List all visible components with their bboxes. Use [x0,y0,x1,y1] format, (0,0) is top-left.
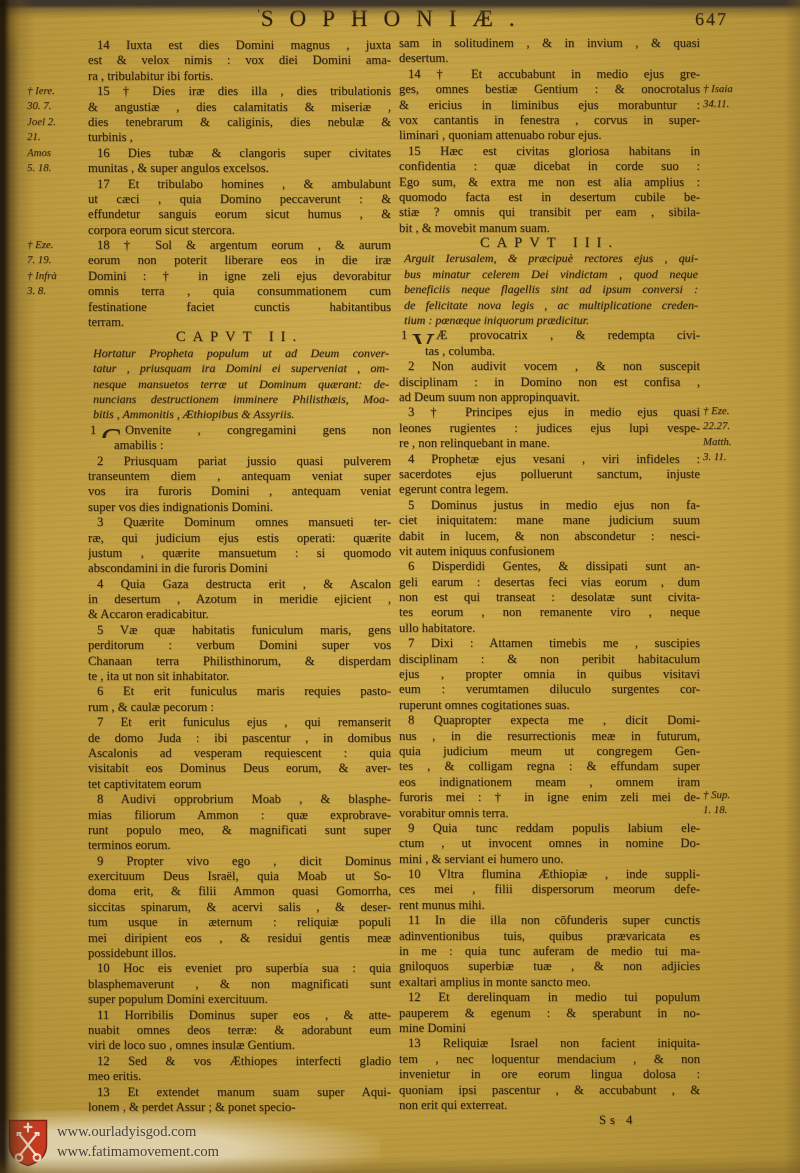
page-number: 647 [695,9,728,30]
verse-line: & angustiæ , dies calamitatis & miseriæ … [88,100,391,115]
verse-line: liminari , quoniam attenuabo robur ejus. [399,128,700,143]
verse-line: geli earum : desertas feci vias eorum , … [399,575,700,590]
verse-line: siccitas spinarum, & acervi salis , & de… [88,900,391,915]
verse-line: bit , & movebit manum suam. [399,221,700,236]
verse-line: in desertum , Azotum in meridie ejicient… [88,592,391,607]
signature-mark: Ss 4 [399,1113,700,1128]
verse-line: gniloquos superbiæ tuæ , & non adjicies [399,959,700,974]
verse-line: vos ira furoris Domini , antequam veniat [88,484,391,499]
verse-line: tes eorum , non remanente viro , neque [399,605,700,620]
verse-line-dropcap: 1COnvenite , congregamini gens non [88,423,391,438]
verse-line: viri de loco suo , omnes insulæ Gentium. [88,1038,391,1053]
verse-line: 4 Quia Gaza destructa erit , & Ascalon [88,577,391,592]
margin-note-group: † Eze.22.27.Matth.3. 11. [703,404,795,466]
chapter-argument-line: tium : pœnæque iniquorum prædicitur. [399,313,700,328]
verse-line: rum , & caulæ pecorum : [88,700,391,715]
verse-line: 8 Quapropter expecta me , dicit Domi- [399,713,700,728]
verse-line: terminos eorum. [88,838,391,853]
verse-line: 14 Iuxta est dies Domini magnus , juxta [88,38,391,53]
verse-line: non erit qui exterreat. [399,1098,700,1113]
chapter-argument-line: bitis , Ammonitis , Æthiopibus & Assyrii… [88,407,391,422]
verse-line: non est qui transeat : desolatæ sunt civ… [399,590,700,605]
verse-line: possidebunt illos. [88,946,391,961]
verse-line: mini , & serviant ei humero uno. [399,852,700,867]
verse-line: est & velox nimis : vox diei Domini ama- [88,53,391,68]
margin-note-line: † Isaia [703,82,795,97]
text-column-left: 14 Iuxta est dies Domini magnus , juxtae… [88,38,391,1115]
margin-note-group: † Isaia34.11. [703,82,795,113]
crossed-keys-shield-icon [8,1119,48,1167]
verse-line: Chanaan terra Philisthinorum, & disperda… [88,654,391,669]
margin-note-line: † Sup. [703,788,795,803]
verse-line: desertum. [399,51,700,66]
verse-line: Ascalonis ad vesperam requiescent : quia [88,746,391,761]
verse-line: tem , nec loquentur mendacium , & non [399,1052,700,1067]
verse-line: confidentia : quæ dicebat in corde suo : [399,159,700,174]
verse-line: disciplinam : in Domino non est confisa … [399,375,700,390]
page-edge-right [784,0,800,1173]
verse-line: festinatione faciet cunctis habitantibus [88,300,391,315]
margin-note-line: Amos [27,146,85,161]
verse-line: 5 Væ quæ habitatis funiculum maris, gens [88,623,391,638]
verse-line: stiæ ? omnis qui transibit per eam , sib… [399,205,700,220]
verse-line: 14 † Et accubabunt in medio ejus gre- [399,67,700,82]
verse-line: Domini : † in igne zeli ejus devorabitur [88,269,391,284]
verse-line: dies tenebrarum & caliginis, dies nebulæ… [88,115,391,130]
chapter-argument-line: nuncians destructionem imminere Philisth… [88,392,391,407]
verse-line: te , ita ut non sit inhabitator. [88,669,391,684]
verse-line: super vos dies indignationis Domini. [88,500,391,515]
verse-line: rent munus mihi. [399,898,700,913]
verse-line: abscondamini in die furoris Domini [88,561,391,576]
verse-line: 17 Et tribulabo homines , & ambulabunt [88,177,391,192]
verse-line-dropcap: 1VÆ provocatrix , & redempta civi- [399,328,700,343]
verse-line: ra , tribulabitur ibi fortis. [88,69,391,84]
running-head: 'SOPHONIÆ. [88,6,700,32]
verse-line: 10 Hoc eis eveniet pro superbia sua : qu… [88,961,391,976]
margin-note-line: Matth. [703,435,795,450]
verse-line: meo eritis. [88,1069,391,1084]
verse-line: & Accaron eradicabitur. [88,607,391,622]
verse-line: terram. [88,315,391,330]
verse-line: turbinis , [88,130,391,145]
verse-line: 6 Et erit funiculus maris requies pasto- [88,684,391,699]
verse-line: leones rugientes : judices ejus lupi ves… [399,421,700,436]
verse-line: 3 Quærite Dominum omnes mansueti ter- [88,515,391,530]
verse-text: Æ provocatrix , & redempta civi- [436,328,700,342]
verse-line: in me : quia tunc auferam de medio tui m… [399,944,700,959]
verse-line: 5 Dominus justus in medio ejus non fa- [399,498,700,513]
verse-line: 6 Disperdidi Gentes, & dissipati sunt an… [399,559,700,574]
verse-line: 15 Hæc est civitas gloriosa habitans in [399,144,700,159]
verse-line: adinventionibus tuis, quibus prævaricata… [399,929,700,944]
verse-line: & ericius in liminibus ejus morabuntur : [399,98,700,113]
verse-line: nuabit omnes deos terræ: & adorabunt eum [88,1023,391,1038]
margin-note-line: 3. 11. [703,450,795,465]
margin-note-line: 34.11. [703,97,795,112]
chapter-heading: CAPVT III. [399,236,700,251]
chapter-argument-line: nesque mansuetos terræ ut Dominum quæran… [88,377,391,392]
margin-note-line: 22.27. [703,419,795,434]
verse-text: Onvenite , congregamini gens non [125,423,391,437]
margin-note-line: Joel 2. [27,115,85,130]
margin-note-group: † Sup.1. 18. [703,788,795,819]
verse-line: dabit in lucem, & non abscondetur : nesc… [399,529,700,544]
verse-line: ad Deum suum non appropinquavit. [399,390,700,405]
verse-line: tet captivitatem eorum [88,777,391,792]
verse-line: exercituum Deus Israël, quia Moab ut So- [88,869,391,884]
verse-line: quia judicium meum ut congregem Gen- [399,744,700,759]
verse-line: sam in solitudinem , & in invium , & qua… [399,36,700,51]
verse-line: re , non relinquebant in mane. [399,436,700,451]
running-head-title: SOPHONIÆ. [261,6,531,31]
verse-line: 3 † Principes ejus in medio ejus quasi [399,405,700,420]
margin-note-line: † Eze. [27,238,85,253]
verse-line: mine Domini [399,1021,700,1036]
verse-line: ut cæci , quia Domino peccaverunt : & [88,192,391,207]
verse-line: 12 Sed & vos Æthiopes interfecti gladio [88,1054,391,1069]
verse-line: 2 Non audivit vocem , & non suscepit [399,359,700,374]
verse-line: eum : verumtamen diluculo surgentes cor- [399,682,700,697]
verse-line: de domo Juda : ibi pascentur , in domibu… [88,731,391,746]
verse-number: 1 [401,328,407,343]
watermark-urls: www.ourladyisgod.com www.fatimamovement.… [57,1119,219,1162]
verse-line: 13 Reliquiæ Israel non facient iniquita- [399,1036,700,1051]
verse-line: tum usque in æternum : reliquiæ populi [88,915,391,930]
verse-line: amabilis : [88,438,391,453]
verse-line: eorum non poterit liberare eos in die ir… [88,253,391,268]
chapter-argument-line: bus minatur celerem Dei vindictam , quod… [399,267,700,282]
verse-line: munitas , & super angulos excelsos. [88,161,391,176]
chapter-heading: CAPVT II. [88,330,391,345]
watermark: www.ourladyisgod.com www.fatimamovement.… [8,1119,219,1167]
verse-line: runt populo meo, & magnificati sunt supe… [88,823,391,838]
verse-line: mei diripient eos , & residui gentis meæ [88,931,391,946]
verse-line: effundetur sanguis eorum sicut humus , & [88,207,391,222]
verse-line: quoniam ipsi pascentur , & accubabunt , … [399,1083,700,1098]
verse-line: ciet iniquitatem: mane mane judicium suu… [399,513,700,528]
verse-line: tes , & colligam regna : & effundam supe… [399,759,700,774]
margin-note-line: 5. 18. [27,161,85,176]
verse-line: 15 † Dies iræ dies illa , dies tribulati… [88,84,391,99]
verse-line: quomodo facta est in desertum cubile be- [399,190,700,205]
verse-line: furoris mei : † in igne enim zeli mei de… [399,790,700,805]
chapter-argument-line: de felicitate nova legis , ac multiplica… [399,298,700,313]
verse-line: ullo habitatore. [399,621,700,636]
verse-line: 18 † Sol & argentum eorum , & aurum [88,238,391,253]
verse-line: 11 Horribilis Dominus super eos , & atte… [88,1008,391,1023]
verse-line: 7 Dixi : Attamen timebis me , suscipies [399,636,700,651]
verse-line: invenietur in ore eorum lingua dolosa : [399,1067,700,1082]
margin-note-group: † Iere.30. 7.Joel 2.21.Amos5. 18. [27,84,85,176]
verse-line: ges, omnes bestiæ Gentium : & onocrotalu… [399,82,700,97]
verse-line: mias filiorum Ammon : quæ exprobrave- [88,808,391,823]
verse-line: egerunt contra legem. [399,482,700,497]
verse-line: Ego sum, & extra me non est alia amplius… [399,175,700,190]
margin-note-line: 3. 8. [27,284,85,299]
verse-line: ejus , propter omnia in quibus visitavi [399,667,700,682]
drop-cap-initial: V [412,329,434,343]
verse-line: super populum Domini exercituum. [88,992,391,1007]
margin-note-line: 21. [27,130,85,145]
verse-line: vorabitur omnis terra. [399,806,700,821]
verse-line: justum , quærite mansuetum : si quomodo [88,546,391,561]
margin-note-line: 30. 7. [27,99,85,114]
verse-line: omnis terra , quia consummationem cum [88,284,391,299]
verse-line: 8 Audivi opprobrium Moab , & blasphe- [88,792,391,807]
watermark-url-2: www.fatimamovement.com [57,1142,219,1162]
verse-line: 13 Et extendet manum suam super Aqui- [88,1085,391,1100]
margin-note-line: † Eze. [703,404,795,419]
scanned-book-page: 'SOPHONIÆ. 647 14 Iuxta est dies Domini … [0,0,800,1173]
verse-line: ræ, qui judicium ejus estis operati: quæ… [88,531,391,546]
verse-line: tas , columba. [399,344,700,359]
margin-note-line: 7. 19. [27,253,85,268]
verse-line: eos indignationem meam , omnem iram [399,775,700,790]
verse-line: disciplinam : & non peribit habitaculum [399,652,700,667]
verse-line: 12 Et derelinquam in medio tui populum [399,990,700,1005]
verse-line: perditorum : verbum Domini super vos [88,638,391,653]
text-column-right: sam in solitudinem , & in invium , & qua… [399,36,700,1129]
watermark-url-1: www.ourladyisgod.com [57,1122,219,1142]
verse-line: ctum , ut invocent omnes in nomine Do- [399,836,700,851]
verse-line: 4 Prophetæ ejus vesani , viri infideles … [399,452,700,467]
chapter-argument-line: beneficiis neque flagellis sint ad ipsum… [399,282,700,297]
chapter-argument-line: tatur , priusquam ira Domini ei superven… [88,361,391,376]
verse-line: 9 Propter vivo ego , dicit Dominus [88,854,391,869]
verse-line: pauperem & egenum : & sperabunt in no- [399,1006,700,1021]
verse-line: blasphemaverunt , & non magnificati sunt [88,977,391,992]
verse-line: vit autem iniquus confusionem [399,544,700,559]
verse-line: 9 Quia tunc reddam populis labium ele- [399,821,700,836]
chapter-argument-line: Hortatur Propheta populum ut ad Deum con… [88,346,391,361]
verse-line: transeuntem diem , antequam veniat super [88,469,391,484]
chapter-argument-line: Arguit Ierusalem, & præcipuè rectores ej… [399,251,700,266]
verse-line: ces mei , filii dispersorum meorum defe- [399,882,700,897]
verse-line: nus , in die resurrectionis meæ in futur… [399,729,700,744]
verse-line: 11 In die illa non cōfunderis super cunc… [399,913,700,928]
verse-line: doma erit, & filii Ammon quasi Gomorrha, [88,884,391,899]
verse-line: 2 Priusquam pariat jussio quasi pulverem [88,454,391,469]
margin-note-line: 1. 18. [703,803,795,818]
verse-line: visitabit eos Dominus Deus eorum, & aver… [88,761,391,776]
drop-cap-initial: C [101,424,122,438]
verse-line: exaltari amplius in monte sancto meo. [399,975,700,990]
verse-line: vox cantantis in fenestra , corvus in su… [399,113,700,128]
margin-note-line: † Infrà [27,269,85,284]
margin-note-group: † Eze.7. 19.† Infrà3. 8. [27,238,85,300]
verse-line: 16 Dies tubæ & clangoris super civitates [88,146,391,161]
verse-line: ruperunt omnes cogitationes suas. [399,698,700,713]
verse-line: 10 Vltra flumina Æthiopiæ , inde suppli- [399,867,700,882]
verse-line: lonem , & perdet Assur ; & ponet specio- [88,1100,391,1115]
verse-line: sacerdotes ejus polluerunt sanctum, inju… [399,467,700,482]
verse-line: corpora eorum sicut stercora. [88,223,391,238]
margin-note-line: † Iere. [27,84,85,99]
verse-number: 1 [90,423,96,438]
verse-line: 7 Et erit funiculus ejus , qui remanseri… [88,715,391,730]
